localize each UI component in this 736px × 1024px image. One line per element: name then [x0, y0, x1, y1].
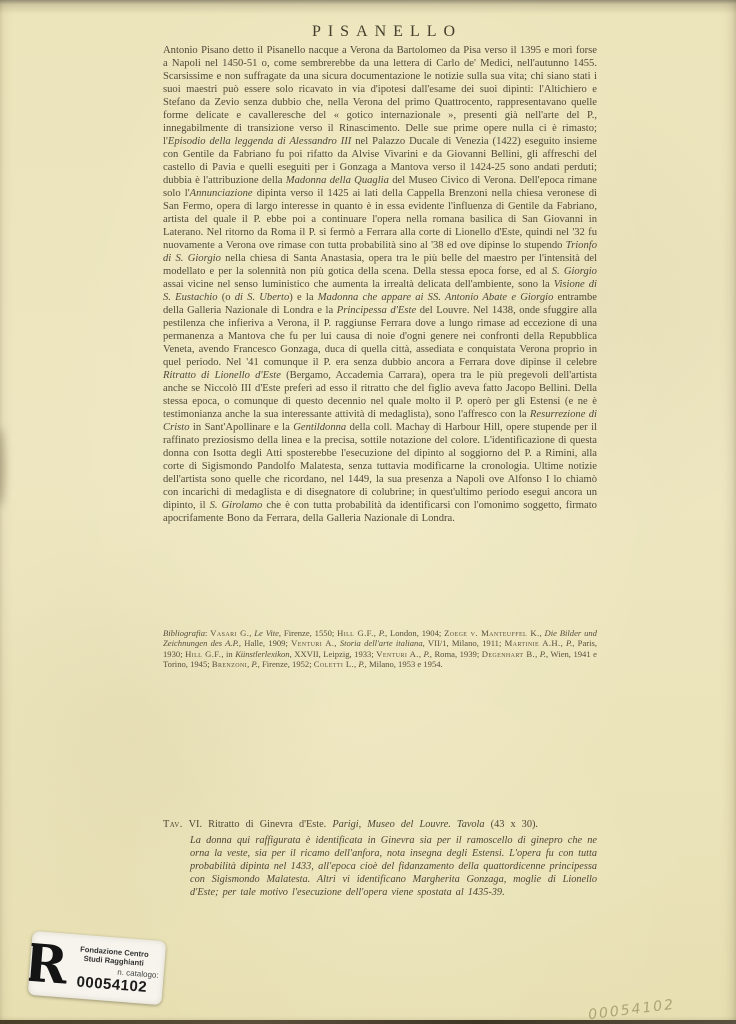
catalog-sticker: R Fondazione Centro Studi Ragghianti n. …: [28, 931, 167, 1005]
sticker-text: Fondazione Centro Studi Ragghianti n. ca…: [65, 942, 165, 997]
scan-shadow-top: [0, 0, 736, 14]
bibliography: Bibliografia: Vasari G., Le Vite, Firenz…: [163, 628, 597, 669]
ragghianti-logo: R: [28, 937, 70, 992]
scanned-page: PISANELLO Antonio Pisano detto il Pisane…: [0, 0, 736, 1024]
handwritten-number: 00054102: [587, 997, 676, 1024]
scan-smudge-left: [0, 428, 5, 506]
caption-heading: Tav. VI. Ritratto di Ginevra d'Este. Par…: [163, 819, 597, 830]
article-text: Antonio Pisano detto il Pisanello nacque…: [163, 44, 597, 525]
caption-note: La donna qui raffigurata è identificata …: [190, 834, 597, 899]
scan-edge-bottom: [0, 1020, 736, 1024]
page-title: PISANELLO: [163, 23, 604, 41]
